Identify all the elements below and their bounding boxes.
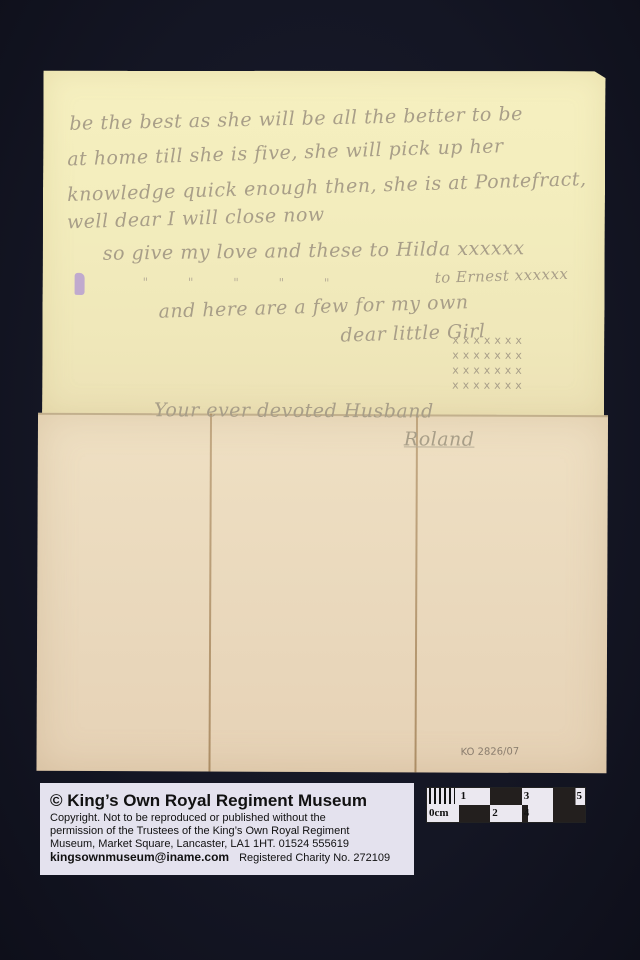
kisses-row: xxxxxxx [452,363,526,378]
scale-cell [490,788,522,805]
cm-scale-bar: 1 3 5 0cm 2 4 [426,787,586,823]
scale-cell [459,805,491,822]
scale-cell: 3 [522,788,554,805]
email-address: kingsownmuseum@iname.com [50,850,229,864]
ernest-line: to Ernest [434,267,509,287]
copyright-text: Copyright. Not to be reproduced or publi… [50,812,414,865]
letter-upper-panel: be the best as she will be all the bette… [42,69,606,417]
scale-cell: 1 [459,788,491,805]
kisses-block: xxxxxxx xxxxxxx xxxxxxx xxxxxxx [452,333,526,393]
museum-title: © King’s Own Royal Regiment Museum [50,791,414,811]
letter-line-4: well dear I will close now [67,204,325,234]
scale-cell [427,788,459,805]
hilda-kisses: xxxxxx [457,237,525,260]
letter-lower-panel [36,413,608,773]
signature: Roland [404,428,475,450]
scale-cell: 5 [553,788,585,805]
scale-cell: 2 [490,805,522,822]
letter-line-1: be the best as she will be all the bette… [69,103,523,135]
contact-line: kingsownmuseum@iname.comRegistered Chari… [50,851,414,865]
letter-line-3: knowledge quick enough then, she is at P… [67,168,587,206]
scale-cell: 4 [522,805,554,822]
closing-line: Your ever devoted Husband [154,399,434,422]
copyright-line: permission of the Trustees of the King’s… [50,825,414,838]
ernest-kisses: xxxxxx [514,265,568,285]
charity-number: Registered Charity No. 272109 [239,852,390,864]
purple-ink-mark [75,273,85,295]
letter-line-7: and here are a few for my own [158,291,469,322]
accession-number: KO 2826/07 [460,746,519,758]
letter-page: be the best as she will be all the bette… [36,69,609,773]
copyright-line: Copyright. Not to be reproduced or publi… [50,812,414,825]
scale-cell [553,805,585,822]
kisses-row: xxxxxxx [452,333,526,348]
hilda-line: so give my love and these to Hilda [103,238,451,265]
mm-ticks [429,788,455,804]
kisses-row: xxxxxxx [452,378,526,393]
scale-cell: 0cm [427,805,459,822]
museum-copyright-label: © King’s Own Royal Regiment Museum Copyr… [40,783,414,875]
letter-line-6: to Ernest xxxxxx [434,265,568,287]
letter-line-5: so give my love and these to Hilda xxxxx… [103,237,525,265]
ditto-marks: " " " " " [143,275,348,290]
letter-line-2: at home till she is five, she will pick … [67,135,504,170]
kisses-row: xxxxxxx [452,348,526,363]
